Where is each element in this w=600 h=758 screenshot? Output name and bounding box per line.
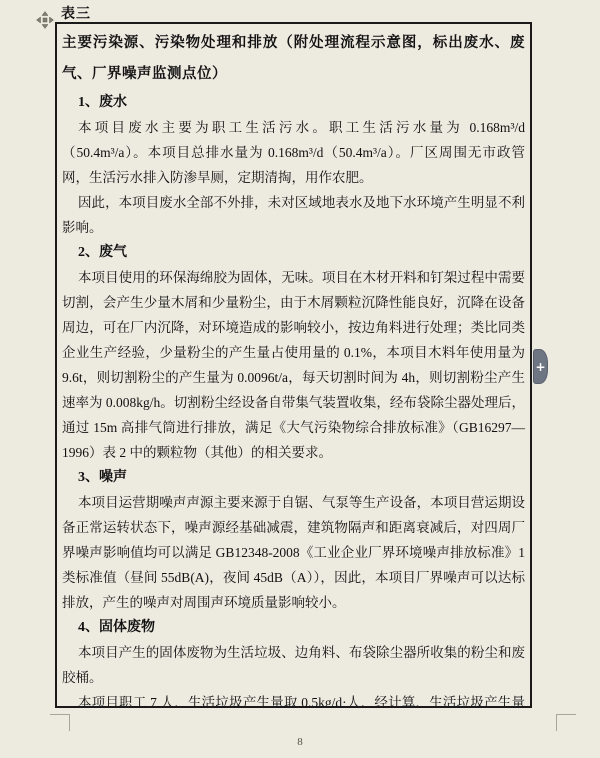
margin-corner-mark-right [556, 714, 576, 731]
section-heading-solid-waste: 4、固体废物 [62, 615, 525, 640]
section-wastewater: 1、废水 本项目废水主要为职工生活污水。职工生活污水量为 0.168m³/d（5… [62, 90, 525, 240]
section-heading-waste-gas: 2、废气 [62, 240, 525, 265]
table-header-title: 主要污染源、污染物处理和排放（附处理流程示意图，标出废水、废气、厂界噪声监测点位… [62, 28, 525, 90]
section-waste-gas: 2、废气 本项目使用的环保海绵胶为固体，无味。项目在木材开料和钉架过程中需要切割… [62, 240, 525, 465]
table-move-handle-icon[interactable] [36, 11, 54, 29]
document-page: 表三 主要污染源、污染物处理和排放（附处理流程示意图，标出废水、废气、厂界噪声监… [0, 0, 600, 758]
pollution-summary-table: 主要污染源、污染物处理和排放（附处理流程示意图，标出废水、废气、厂界噪声监测点位… [55, 22, 532, 708]
section-heading-wastewater: 1、废水 [62, 90, 525, 115]
section-noise: 3、噪声 本项目运营期噪声声源主要来源于自锯、气泵等生产设备，本项目营运期设备正… [62, 465, 525, 615]
table-label: 表三 [61, 3, 91, 23]
plus-glyph: + [535, 361, 545, 373]
section-solid-waste: 4、固体废物 本项目产生的固体废物为生活垃圾、边角料、布袋除尘器所收集的粉尘和废… [62, 615, 525, 708]
paragraph: 本项目使用的环保海绵胶为固体，无味。项目在木材开料和钉架过程中需要切割，会产生少… [62, 265, 525, 465]
plus-marker-icon[interactable]: + [533, 349, 548, 384]
paragraph: 因此，本项目废水全部不外排，未对区域地表水及地下水环境产生明显不利影响。 [62, 190, 525, 240]
section-heading-noise: 3、噪声 [62, 465, 525, 490]
paragraph: 本项目运营期噪声声源主要来源于自锯、气泵等生产设备，本项目营运期设备正常运转状态… [62, 490, 525, 615]
paragraph: 本项目职工 7 人，生活垃圾产生量取 0.5kg/d·人，经计算，生活垃圾产生量… [62, 690, 525, 708]
page-number: 8 [0, 736, 600, 748]
paragraph: 本项目废水主要为职工生活污水。职工生活污水量为 0.168m³/d（50.4m³… [62, 115, 525, 190]
margin-corner-mark-left [50, 714, 70, 731]
paragraph: 本项目产生的固体废物为生活垃圾、边角料、布袋除尘器所收集的粉尘和废胶桶。 [62, 640, 525, 690]
